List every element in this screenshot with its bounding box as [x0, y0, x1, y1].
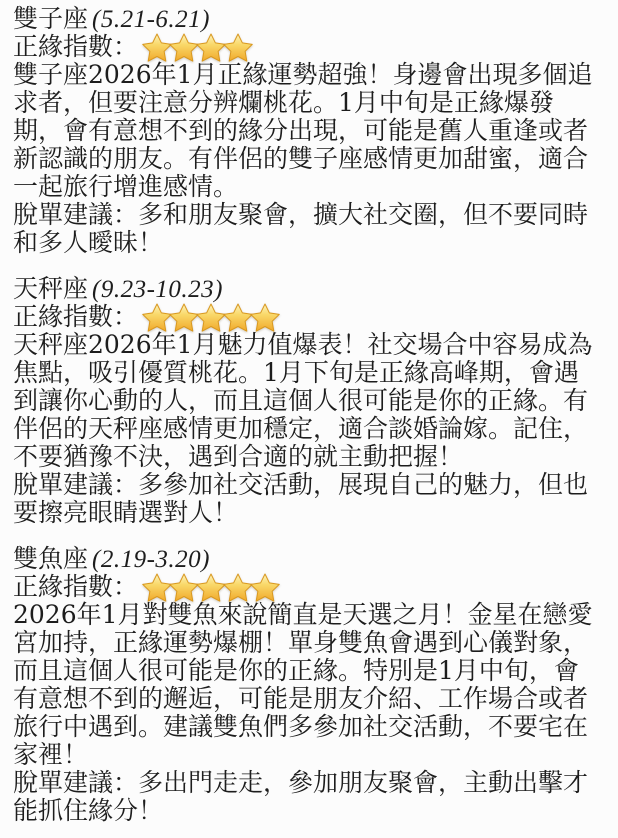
love-index-label: 正緣指數： [13, 303, 138, 331]
star-icon [249, 572, 281, 604]
zodiac-sign: 雙魚座 [13, 544, 88, 573]
zodiac-section-gemini: 雙子座(5.21-6.21) 正緣指數： 雙子座2026年1月正緣運勢超強！身邊… [13, 5, 610, 257]
advice-text: 脫單建議：多出門走走，參加朋友聚會，主動出擊才 能抓住緣分！ [13, 769, 610, 825]
fortune-text: 天秤座2026年1月魅力值爆表！社交場合中容易成為 焦點，吸引優質桃花。1月下旬… [13, 331, 610, 471]
love-index-label: 正緣指數： [13, 33, 138, 61]
fortune-text: 2026年1月對雙魚來說簡直是天選之月！金星在戀愛 宮加持，正緣運勢爆棚！單身雙… [13, 601, 610, 769]
zodiac-sign: 天秤座 [13, 274, 88, 303]
zodiac-sign: 雙子座 [13, 4, 88, 33]
zodiac-section-pisces: 雙魚座(2.19-3.20) 正緣指數： 2026年1月對雙魚來說簡直是天選之月… [13, 545, 610, 825]
advice-text: 脫單建議：多和朋友聚會，擴大社交圈，但不要同時 和多人曖昧！ [13, 201, 610, 257]
star-rating [141, 32, 249, 64]
zodiac-date-range: (2.19-3.20) [92, 546, 210, 573]
love-index-row: 正緣指數： [13, 573, 610, 601]
advice-text: 脫單建議：多參加社交活動，展現自己的魅力，但也 要擦亮眼睛選對人！ [13, 471, 610, 527]
zodiac-date-range: (9.23-10.23) [92, 276, 223, 303]
section-heading: 雙魚座(2.19-3.20) [13, 545, 610, 573]
star-icon [249, 302, 281, 334]
section-heading: 天秤座(9.23-10.23) [13, 275, 610, 303]
love-index-row: 正緣指數： [13, 303, 610, 331]
star-rating [141, 572, 276, 604]
love-index-label: 正緣指數： [13, 573, 138, 601]
zodiac-date-range: (5.21-6.21) [92, 6, 210, 33]
star-rating [141, 302, 276, 334]
star-icon [222, 32, 254, 64]
section-heading: 雙子座(5.21-6.21) [13, 5, 610, 33]
love-index-row: 正緣指數： [13, 33, 610, 61]
horoscope-document: 雙子座(5.21-6.21) 正緣指數： 雙子座2026年1月正緣運勢超強！身邊… [0, 0, 618, 838]
zodiac-section-libra: 天秤座(9.23-10.23) 正緣指數： 天秤座2026年1月魅力值爆表！社交… [13, 275, 610, 527]
fortune-text: 雙子座2026年1月正緣運勢超強！身邊會出現多個追 求者，但要注意分辨爛桃花。1… [13, 61, 610, 201]
